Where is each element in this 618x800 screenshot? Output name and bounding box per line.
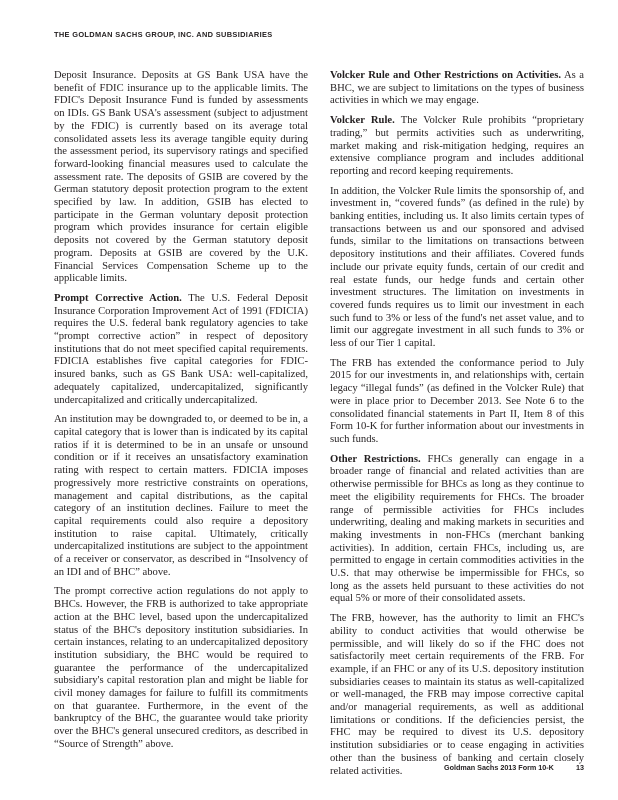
paragraph-text: The prompt corrective action regulations… — [54, 586, 308, 749]
page-number: 13 — [576, 763, 584, 772]
running-head: The Goldman Sachs Group, Inc. and Subsid… — [54, 30, 273, 39]
paragraph-volcker-rule: Volcker Rule. The Volcker Rule prohibits… — [330, 115, 584, 179]
paragraph-other-restrictions: Other Restrictions. FHCs generally can e… — [330, 454, 584, 606]
paragraph-text: Deposit Insurance. Deposits at GS Bank U… — [54, 70, 308, 284]
paragraph-text: The FRB has extended the conformance per… — [330, 358, 584, 445]
page-footer: Goldman Sachs 2013 Form 10-K 13 — [444, 763, 584, 772]
paragraph-bhc-regulations: The prompt corrective action regulations… — [54, 586, 308, 751]
paragraph-conformance-period: The FRB has extended the conformance per… — [330, 358, 584, 447]
paragraph-heading: Volcker Rule. — [330, 115, 395, 126]
paragraph-text: In addition, the Volcker Rule limits the… — [330, 186, 584, 349]
paragraph-text: The U.S. Federal Deposit Insurance Corpo… — [54, 293, 308, 406]
paragraph-capital-category: An institution may be downgraded to, or … — [54, 414, 308, 579]
paragraph-text: FHCs generally can engage in a broader r… — [330, 454, 584, 605]
paragraph-heading: Other Restrictions. — [330, 454, 421, 465]
paragraph-prompt-corrective-action: Prompt Corrective Action. The U.S. Feder… — [54, 293, 308, 407]
paragraph-volcker-intro: Volcker Rule and Other Restrictions on A… — [330, 70, 584, 108]
paragraph-covered-funds: In addition, the Volcker Rule limits the… — [330, 186, 584, 351]
left-column: Deposit Insurance. Deposits at GS Bank U… — [54, 70, 308, 759]
paragraph-text: The FRB, however, has the authority to l… — [330, 613, 584, 776]
footer-label: Goldman Sachs 2013 Form 10-K — [444, 763, 554, 772]
paragraph-heading: Prompt Corrective Action. — [54, 293, 182, 304]
paragraph-text: An institution may be downgraded to, or … — [54, 414, 308, 577]
paragraph-heading: Volcker Rule and Other Restrictions on A… — [330, 70, 561, 81]
paragraph-deposit-insurance: Deposit Insurance. Deposits at GS Bank U… — [54, 70, 308, 286]
right-column: Volcker Rule and Other Restrictions on A… — [330, 70, 584, 785]
paragraph-frb-authority: The FRB, however, has the authority to l… — [330, 613, 584, 778]
